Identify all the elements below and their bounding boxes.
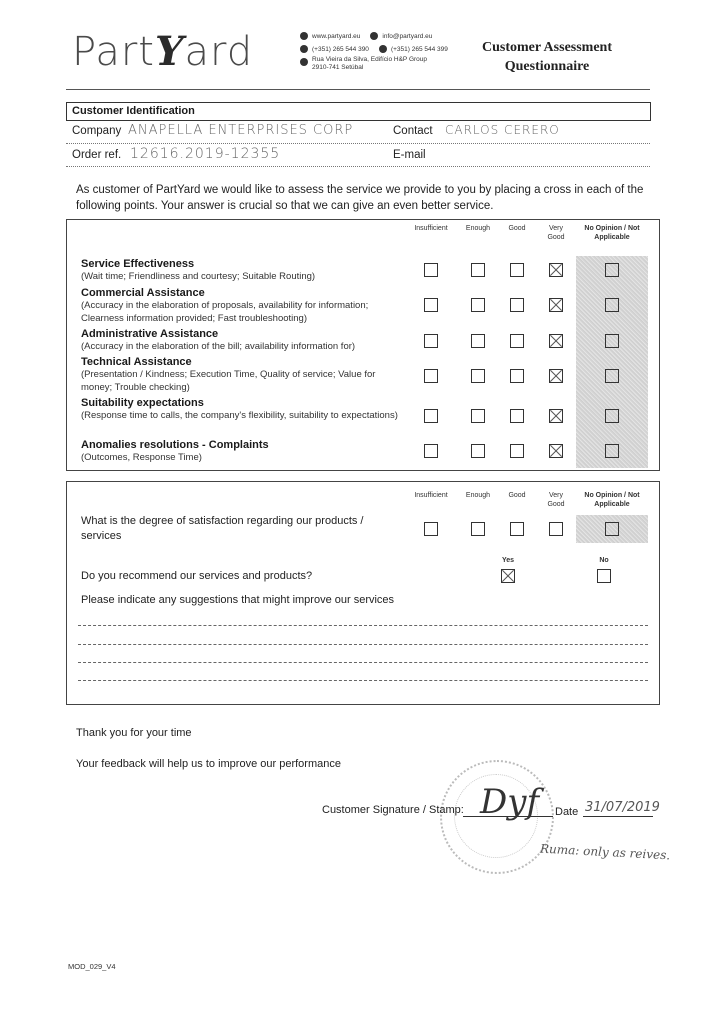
- rating-checkbox[interactable]: [424, 369, 438, 383]
- rating-checkbox[interactable]: [471, 444, 485, 458]
- rating-checkbox[interactable]: [549, 409, 563, 423]
- handwritten-note: Ruma: only as reives.: [540, 842, 671, 863]
- recommend-no-checkbox[interactable]: [597, 569, 611, 583]
- fax-icon: [379, 45, 387, 53]
- rating-checkbox[interactable]: [424, 298, 438, 312]
- suggestion-line[interactable]: [78, 644, 648, 645]
- column-header: No Opinion / Not Applicable: [574, 491, 650, 509]
- category-description: (Wait time; Friendliness and courtesy; S…: [81, 270, 401, 283]
- rating-checkbox[interactable]: [605, 409, 619, 423]
- rating-checkbox[interactable]: [424, 263, 438, 277]
- email-text: info@partyard.eu: [382, 30, 432, 43]
- header-divider: [66, 89, 650, 90]
- satisfaction-checkbox[interactable]: [549, 522, 563, 536]
- category-description: (Response time to calls, the company's f…: [81, 409, 401, 422]
- category-title: Administrative Assistance: [81, 328, 401, 340]
- rating-checkbox[interactable]: [510, 298, 524, 312]
- feedback-text: Your feedback will help us to improve ou…: [76, 758, 341, 770]
- contact-label: Contact: [393, 125, 433, 137]
- rating-checkbox[interactable]: [549, 444, 563, 458]
- satisfaction-question: What is the degree of satisfaction regar…: [81, 514, 381, 544]
- rating-checkbox[interactable]: [510, 263, 524, 277]
- category-title: Commercial Assistance: [81, 287, 401, 299]
- category-title: Anomalies resolutions - Complaints: [81, 439, 401, 451]
- company-row-line: [66, 143, 650, 144]
- address-line1: Rua Vieira da Silva, Edifício H&P Group: [312, 56, 427, 63]
- column-header: Very Good: [541, 491, 571, 509]
- category-title: Technical Assistance: [81, 356, 401, 368]
- rating-checkbox[interactable]: [605, 444, 619, 458]
- rating-checkbox[interactable]: [549, 263, 563, 277]
- column-header: Insufficient: [407, 491, 455, 500]
- address-line2: 2910-741 Setúbal: [312, 64, 363, 71]
- email-label: E-mail: [393, 149, 426, 161]
- signature-label: Customer Signature / Stamp:: [322, 804, 464, 816]
- date-line: [583, 816, 653, 817]
- phone-icon: [300, 45, 308, 53]
- customer-signature[interactable]: Dyf: [480, 782, 539, 822]
- rating-checkbox[interactable]: [549, 334, 563, 348]
- rating-checkbox[interactable]: [424, 334, 438, 348]
- suggestion-line[interactable]: [78, 662, 648, 663]
- company-field[interactable]: ANAPELLA ENTERPRISES CORP: [128, 123, 353, 138]
- rating-checkbox[interactable]: [510, 409, 524, 423]
- column-header: Good: [502, 491, 532, 500]
- order-row-line: [66, 166, 650, 167]
- intro-text: As customer of PartYard we would like to…: [76, 182, 656, 214]
- category-title: Service Effectiveness: [81, 258, 401, 270]
- satisfaction-checkbox[interactable]: [424, 522, 438, 536]
- recommend-question: Do you recommend our services and produc…: [81, 569, 312, 584]
- logo-prefix: Part: [72, 29, 155, 75]
- category-row: Anomalies resolutions - Complaints(Outco…: [81, 439, 401, 464]
- satisfaction-checkbox[interactable]: [605, 522, 619, 536]
- mail-icon: [370, 32, 378, 40]
- title-line1: Customer Assessment: [482, 40, 612, 55]
- rating-checkbox[interactable]: [605, 334, 619, 348]
- category-row: Administrative Assistance(Accuracy in th…: [81, 328, 401, 353]
- category-description: (Accuracy in the elaboration of the bill…: [81, 340, 401, 353]
- rating-checkbox[interactable]: [510, 369, 524, 383]
- satisfaction-checkbox[interactable]: [510, 522, 524, 536]
- rating-checkbox[interactable]: [471, 409, 485, 423]
- rating-checkbox[interactable]: [605, 369, 619, 383]
- contact-field[interactable]: CARLOS CERERO: [445, 123, 560, 137]
- column-header: Insufficient: [407, 224, 455, 233]
- not-applicable-column-shade: [576, 256, 648, 468]
- order-ref-label: Order ref.: [72, 149, 121, 161]
- category-title: Suitability expectations: [81, 397, 401, 409]
- rating-checkbox[interactable]: [471, 298, 485, 312]
- rating-checkbox[interactable]: [605, 298, 619, 312]
- document-title: Customer Assessment Questionnaire: [462, 38, 632, 76]
- category-row: Commercial Assistance(Accuracy in the el…: [81, 287, 401, 325]
- phone-text: (+351) 265 544 390: [312, 43, 369, 56]
- rating-checkbox[interactable]: [510, 334, 524, 348]
- rating-checkbox[interactable]: [424, 444, 438, 458]
- category-description: (Outcomes, Response Time): [81, 451, 401, 464]
- rating-checkbox[interactable]: [510, 444, 524, 458]
- logo-suffix: ard: [185, 29, 254, 75]
- column-header: Very Good: [541, 224, 571, 242]
- yes-label: Yes: [498, 556, 518, 565]
- logo-highlight: Y: [155, 28, 185, 75]
- customer-identification-title: Customer Identification: [72, 105, 195, 117]
- rating-checkbox[interactable]: [471, 369, 485, 383]
- rating-checkbox[interactable]: [549, 298, 563, 312]
- rating-checkbox[interactable]: [424, 409, 438, 423]
- order-ref-field[interactable]: 12616.2019-12355: [130, 146, 280, 162]
- globe-icon: [300, 32, 308, 40]
- rating-checkbox[interactable]: [605, 263, 619, 277]
- category-description: (Presentation / Kindness; Execution Time…: [81, 368, 401, 394]
- category-row: Service Effectiveness(Wait time; Friendl…: [81, 258, 401, 283]
- website-text: www.partyard.eu: [312, 30, 360, 43]
- suggestion-line[interactable]: [78, 625, 648, 626]
- column-header: Good: [502, 224, 532, 233]
- suggestion-line[interactable]: [78, 680, 648, 681]
- column-header: No Opinion / Not Applicable: [574, 224, 650, 242]
- partyard-logo: PartYard: [72, 28, 253, 75]
- company-label: Company: [72, 125, 121, 137]
- location-icon: [300, 58, 308, 66]
- rating-checkbox[interactable]: [471, 263, 485, 277]
- date-label: Date: [555, 806, 578, 818]
- recommend-yes-checkbox[interactable]: [501, 569, 515, 583]
- category-row: Technical Assistance(Presentation / Kind…: [81, 356, 401, 394]
- rating-checkbox[interactable]: [549, 369, 563, 383]
- rating-checkbox[interactable]: [471, 334, 485, 348]
- suggestions-prompt: Please indicate any suggestions that mig…: [81, 593, 394, 608]
- satisfaction-checkbox[interactable]: [471, 522, 485, 536]
- category-row: Suitability expectations(Response time t…: [81, 397, 401, 422]
- date-field[interactable]: 31/07/2019: [585, 800, 660, 815]
- title-line2: Questionnaire: [505, 59, 590, 74]
- form-code: MOD_029_V4: [68, 962, 116, 971]
- column-header: Enough: [458, 224, 498, 233]
- category-description: (Accuracy in the elaboration of proposal…: [81, 299, 401, 325]
- fax-text: (+351) 265 544 399: [391, 43, 448, 56]
- no-label: No: [594, 556, 614, 565]
- column-header: Enough: [458, 491, 498, 500]
- company-contact-info: www.partyard.eu info@partyard.eu (+351) …: [300, 30, 448, 72]
- thank-you-text: Thank you for your time: [76, 727, 192, 739]
